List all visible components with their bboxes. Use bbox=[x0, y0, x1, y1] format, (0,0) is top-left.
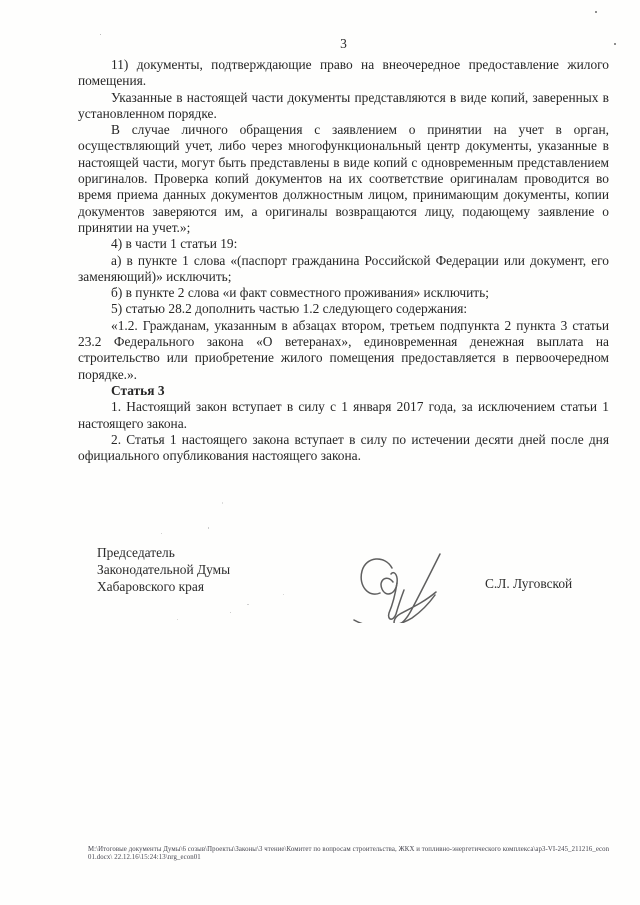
scan-speck bbox=[247, 604, 249, 605]
article-heading: Статья 3 bbox=[78, 383, 609, 399]
scan-speck bbox=[222, 502, 223, 504]
document-body: 11) документы, подтверждающие право на в… bbox=[78, 57, 609, 464]
signer-title-line: Председатель bbox=[97, 544, 230, 561]
page-number: 3 bbox=[78, 36, 609, 52]
document-footer-path: М:\Итоговые документы Думы\6 созыв\Проек… bbox=[88, 846, 612, 862]
scan-speck bbox=[161, 533, 162, 534]
scan-speck bbox=[100, 34, 101, 35]
body-paragraph: Указанные в настоящей части документы пр… bbox=[78, 90, 609, 123]
body-paragraph: 11) документы, подтверждающие право на в… bbox=[78, 57, 609, 90]
body-paragraph: а) в пункте 1 слова «(паспорт гражданина… bbox=[78, 253, 609, 286]
signer-title-line: Хабаровского края bbox=[97, 578, 230, 595]
scan-speck bbox=[230, 612, 231, 613]
article-paragraph: 2. Статья 1 настоящего закона вступает в… bbox=[78, 432, 609, 465]
body-paragraph: 5) статью 28.2 дополнить частью 1.2 след… bbox=[78, 301, 609, 317]
scan-speck bbox=[595, 11, 597, 13]
body-paragraph: б) в пункте 2 слова «и факт совместного … bbox=[78, 285, 609, 301]
handwritten-signature-icon bbox=[348, 549, 466, 623]
signer-name: С.Л. Луговской bbox=[485, 576, 572, 592]
scan-speck bbox=[208, 527, 209, 529]
scan-speck bbox=[614, 43, 616, 45]
body-paragraph: «1.2. Гражданам, указанным в абзацах вто… bbox=[78, 318, 609, 383]
scan-speck bbox=[177, 619, 178, 620]
scanned-law-page: 3 11) документы, подтверждающие право на… bbox=[0, 0, 640, 905]
body-paragraph: В случае личного обращения с заявлением … bbox=[78, 122, 609, 236]
signer-title: Председатель Законодательной Думы Хабаро… bbox=[97, 544, 230, 595]
article-paragraph: 1. Настоящий закон вступает в силу с 1 я… bbox=[78, 399, 609, 432]
scan-speck bbox=[283, 594, 284, 595]
body-paragraph: 4) в части 1 статьи 19: bbox=[78, 236, 609, 252]
signer-title-line: Законодательной Думы bbox=[97, 561, 230, 578]
